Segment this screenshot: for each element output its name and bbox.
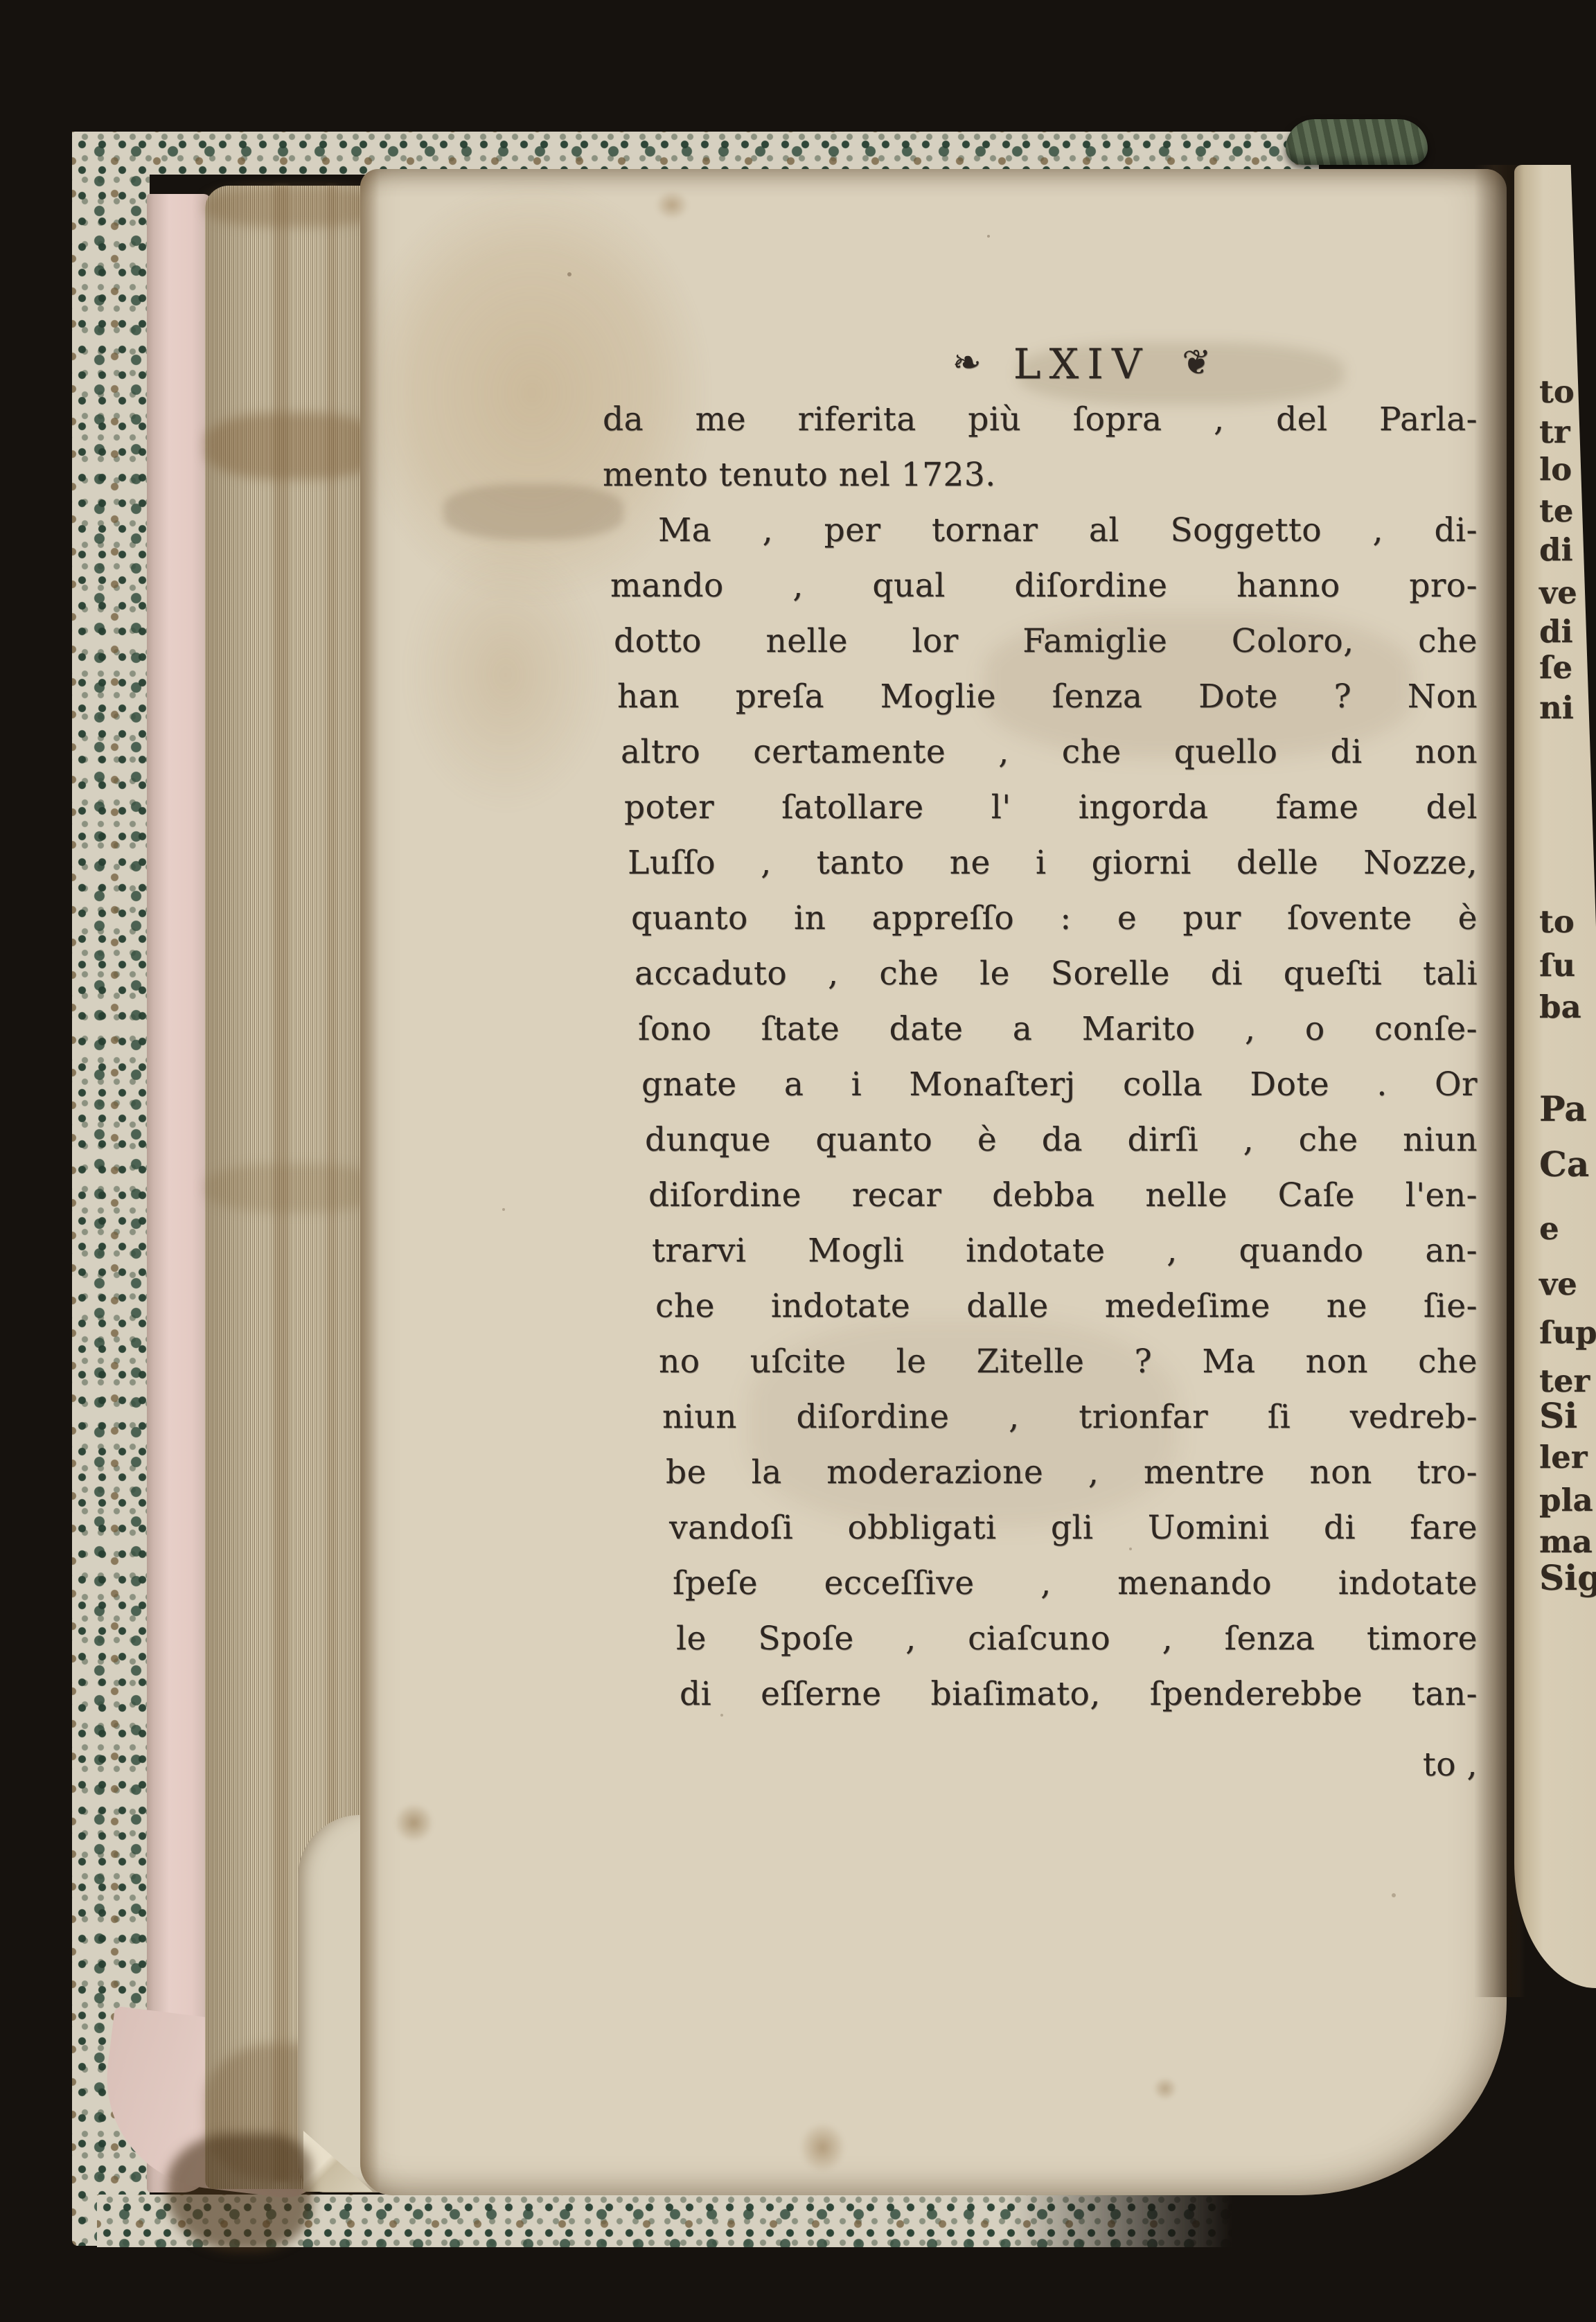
text-line: accaduto , che le Sorelle di queſti tali [635,946,1478,1002]
facing-page-fragment: ler [1539,1439,1587,1475]
text-line: ſono ſtate date a Marito , o conſe- [638,1002,1478,1057]
text-line: di eſſerne biaſimato, ſpenderebbe tan- [680,1667,1478,1722]
foxing-spot [793,2116,852,2179]
text-line: no uſcite le Zitelle ? Ma non che [659,1334,1478,1390]
facing-page-fragment: ve [1539,1266,1577,1302]
main-page: ❧LXIV❦ da me riferita più ſopra , del Pa… [360,169,1507,2195]
endpaper-pink-edge [147,194,211,2192]
facing-page-fragment: te [1539,493,1573,529]
text-line: dunque quanto è da dirſi , che niun [645,1113,1478,1168]
facing-page-fragment: ni [1539,690,1574,726]
facing-page-fragment: e [1539,1211,1559,1247]
fore-edge-stain [205,186,382,227]
book-scan: ❧LXIV❦ da me riferita più ſopra , del Pa… [0,0,1596,2322]
facing-page-fragment: tr [1539,414,1570,450]
text-line: Ma , per tornar al Soggetto , di- [607,503,1478,558]
text-line: quanto in appreſſo : e pur ſovente è [631,891,1478,946]
facing-page-fragment: to [1539,374,1575,410]
text-line: da me riferita più ſopra , del Parla- [603,392,1478,447]
fore-edge-stain [205,1164,382,1212]
text-line: niun diſordine , trionfar ſi vedreb- [662,1390,1478,1445]
page-number-roman: LXIV [1013,340,1151,389]
facing-page-fragment: ter [1539,1363,1590,1399]
facing-page-fragment: lo [1539,452,1572,488]
facing-page-fragment: Sig [1539,1560,1596,1596]
facing-page-fragment: ve [1539,575,1577,611]
book-cover-marbled-top-edge [72,132,1319,175]
text-line: vandoſi obbligati gli Uomini di fare [669,1500,1478,1556]
cover-wear-patch [166,2134,312,2251]
text-line: han preſa Moglie ſenza Dote ? Non [617,669,1478,725]
text-line: gnate a i Monaſterj colla Dote . Or [641,1057,1478,1113]
facing-page-fragment: ba [1539,989,1581,1025]
facing-page-fragment: di [1539,532,1573,568]
text-line: che indotate dalle medeſime ne ſie- [655,1279,1478,1334]
text-line: dotto nelle lor Famiglie Coloro, che [614,614,1478,669]
facing-page-fragment: ma [1539,1524,1593,1560]
facing-page-fragment: ſe [1539,650,1572,686]
page-header: ❧LXIV❦ [603,340,1478,389]
text-line: be la moderazione , mentre non tro- [666,1445,1478,1500]
text-line: ſpeſe ecceſſive , menando indotate [673,1556,1478,1611]
fleuron-right-icon: ❦ [1182,342,1211,382]
facing-page-fragment: ſu [1539,948,1575,984]
text-line: trarvi Mogli indotate , quando an- [652,1223,1478,1279]
text-line: mento tenuto nel 1723. [603,447,1478,503]
spine-endband [1286,119,1428,165]
paper-specks [360,169,363,172]
facing-page-fragment: Ca [1539,1146,1589,1182]
foxing-spot [651,187,693,223]
fleuron-left-icon: ❧ [952,342,982,382]
facing-page-fragment: pla [1539,1482,1593,1518]
fore-edge-stain [205,413,382,479]
text-line: diſordine recar debba nelle Caſe l'en- [648,1168,1478,1223]
text-line: altro certamente , che quello di non [621,725,1478,780]
catchword: to , [1423,1737,1478,1793]
text-line: le Spoſe , ciaſcuno , ſenza timore [676,1611,1478,1667]
text-line: poter ſatollare l' ingorda fame del [624,780,1478,835]
facing-page-fragment: Si [1539,1398,1577,1434]
text-block: da me riferita più ſopra , del Parla- me… [360,392,1507,1861]
facing-page-fragment: ſup [1539,1315,1596,1351]
text-line: Luſſo , tanto ne i giorni delle Nozze, [628,835,1478,891]
text-line: mando , qual diſordine hanno pro- [610,558,1478,614]
foxing-spot [1150,2074,1180,2103]
facing-page-fragment: to [1539,904,1575,940]
facing-page-fragment: Pa [1539,1091,1587,1127]
facing-page-fragment: di [1539,614,1573,650]
fore-edge-streak [274,186,289,2181]
book-cover-marbled-left-edge [72,132,150,2246]
